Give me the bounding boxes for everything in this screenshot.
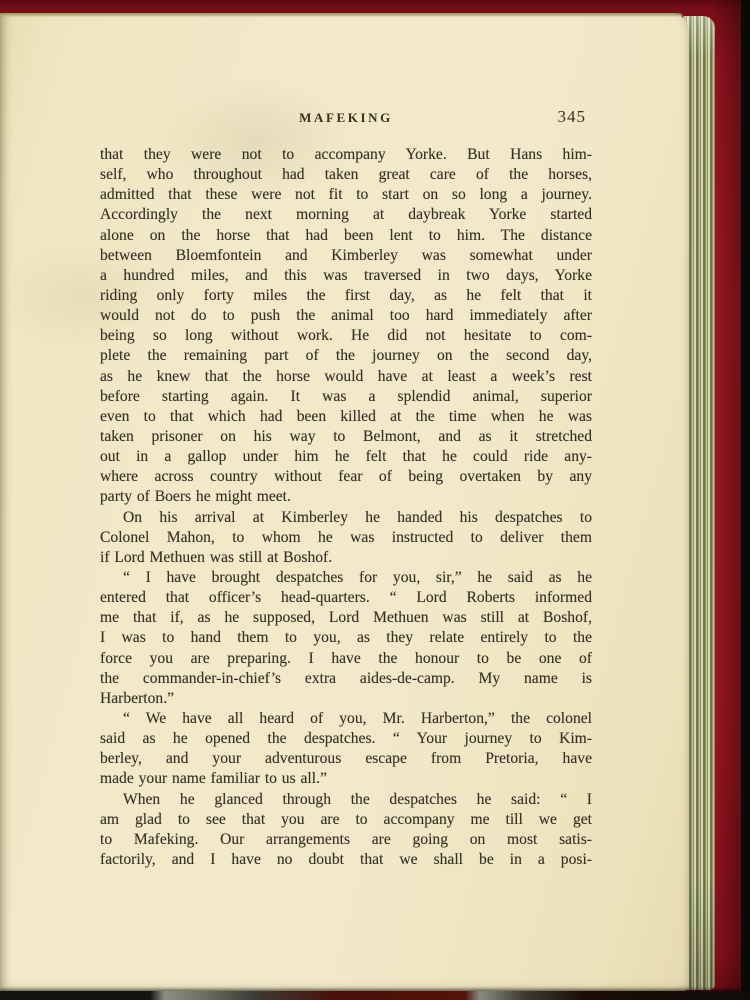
- text-line: before starting again. It was a splendid…: [100, 387, 592, 407]
- text-line: taken prisoner on his way to Belmont, an…: [100, 427, 592, 447]
- text-line: being so long without work. He did not h…: [100, 326, 592, 346]
- text-line: said as he opened the despatches. “ Your…: [100, 729, 592, 749]
- text-line: if Lord Methuen was still at Boshof.: [100, 548, 592, 568]
- book-page: MAFEKING 345 that they were not to accom…: [0, 13, 689, 993]
- text-line: I was to hand them to you, as they relat…: [100, 628, 592, 648]
- text-line: Accordingly the next morning at daybreak…: [100, 205, 592, 225]
- text-line: alone on the horse that had been lent to…: [100, 226, 592, 246]
- text-line: party of Boers he might meet.: [100, 487, 592, 507]
- text-line: self, who throughout had taken great car…: [100, 165, 592, 185]
- text-line: Colonel Mahon, to whom he was instructed…: [100, 528, 592, 548]
- paragraph: that they were not to accompany Yorke. B…: [100, 145, 592, 508]
- text-line: where across country without fear of bei…: [100, 467, 592, 487]
- paragraph: “ We have all heard of you, Mr. Harberto…: [100, 709, 592, 790]
- text-line: the commander-in-chief’s extra aides-de-…: [100, 669, 592, 689]
- book-scan-photo: MAFEKING 345 that they were not to accom…: [0, 0, 750, 1000]
- text-line: “ I have brought despatches for you, sir…: [100, 568, 592, 588]
- text-line: plete the remaining part of the journey …: [100, 346, 592, 366]
- text-line: that they were not to accompany Yorke. B…: [100, 145, 592, 165]
- text-line: out in a gallop under him he felt that h…: [100, 447, 592, 467]
- page-header: MAFEKING 345: [100, 110, 592, 128]
- text-line: berley, and your adventurous escape from…: [100, 749, 592, 769]
- text-line: between Bloemfontein and Kimberley was s…: [100, 246, 592, 266]
- text-line: force you are preparing. I have the hono…: [100, 649, 592, 669]
- text-line: Harberton.”: [100, 689, 592, 709]
- text-line: to Mafeking. Our arrangements are going …: [100, 830, 592, 850]
- page-number: 345: [558, 107, 587, 127]
- text-line: a hundred miles, and this was traversed …: [100, 266, 592, 286]
- text-line: made your name familiar to us all.”: [100, 769, 592, 789]
- paragraph: On his arrival at Kimberley he handed hi…: [100, 508, 592, 568]
- text-line: On his arrival at Kimberley he handed hi…: [100, 508, 592, 528]
- scanner-table-edge: [0, 991, 750, 1000]
- running-head-title: MAFEKING: [100, 110, 592, 126]
- text-line: entered that officer’s head-quarters. “ …: [100, 588, 592, 608]
- text-line: admitted that these were not fit to star…: [100, 185, 592, 205]
- body-text: that they were not to accompany Yorke. B…: [100, 145, 592, 870]
- text-line: would not do to push the animal too hard…: [100, 306, 592, 326]
- text-line: as he knew that the horse would have at …: [100, 367, 592, 387]
- paragraph: When he glanced through the despatches h…: [100, 790, 592, 871]
- text-line: “ We have all heard of you, Mr. Harberto…: [100, 709, 592, 729]
- text-line: even to that which had been killed at th…: [100, 407, 592, 427]
- text-line: am glad to see that you are to accompany…: [100, 810, 592, 830]
- paragraph: “ I have brought despatches for you, sir…: [100, 568, 592, 709]
- text-line: factorily, and I have no doubt that we s…: [100, 850, 592, 870]
- printed-text-block: MAFEKING 345 that they were not to accom…: [100, 110, 592, 870]
- text-line: When he glanced through the despatches h…: [100, 790, 592, 810]
- text-line: me that if, as he supposed, Lord Methuen…: [100, 608, 592, 628]
- text-line: riding only forty miles the first day, a…: [100, 286, 592, 306]
